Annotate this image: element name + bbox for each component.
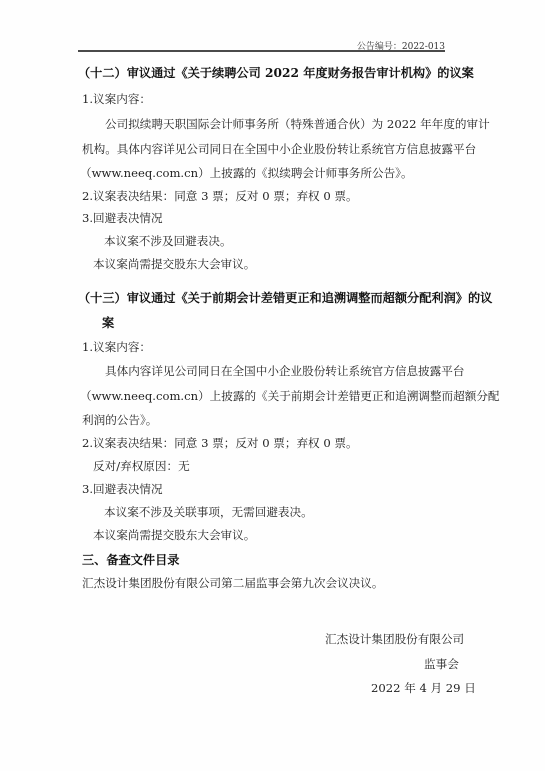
section-13-vote-result: 2.议案表决结果：同意 3 票；反对 0 票；弃权 0 票。 [82, 436, 358, 450]
section-12-vote-result: 2.议案表决结果：同意 3 票；反对 0 票；弃权 0 票。 [82, 189, 358, 203]
section-12-item1-label: 1.议案内容： [82, 92, 151, 106]
section-13-objection-reason: 反对/弃权原因：无 [93, 459, 190, 473]
section-12-recusal: 本议案不涉及回避表决。 [104, 234, 232, 248]
signature-company: 汇杰设计集团股份有限公司 [325, 632, 464, 646]
section-13-submit: 本议案尚需提交股东大会审议。 [93, 528, 255, 542]
document-page: 公告编号：2022-013 （十二）审议通过《关于续聘公司 2022 年度财务报… [0, 0, 545, 771]
section-12-content-line: 机构。具体内容详见公司同日在全国中小企业股份转让系统官方信息披露平台 [82, 142, 476, 156]
section-3-title: 三、备查文件目录 [82, 553, 180, 567]
section-13-content-line: （www.neeq.com.cn）上披露的《关于前期会计差错更正和追溯调整而超额… [80, 389, 500, 403]
section-13-content-line: 利润的公告》。 [82, 413, 157, 427]
section-12-item3-label: 3.回避表决情况 [82, 211, 163, 225]
section-13-title-cont: 案 [102, 316, 114, 330]
section-13-recusal: 本议案不涉及关联事项，无需回避表决。 [104, 505, 313, 519]
section-12-submit: 本议案尚需提交股东大会审议。 [93, 257, 255, 271]
section-12-content-line: （www.neeq.com.cn）上披露的《拟续聘会计师事务所公告》。 [80, 166, 413, 180]
section-12-content-line: 公司拟续聘天职国际会计师事务所（特殊普通合伙）为 2022 年年度的审计 [105, 117, 490, 131]
reference-document: 汇杰设计集团股份有限公司第二届监事会第九次会议决议。 [82, 576, 383, 590]
section-12-title: （十二）审议通过《关于续聘公司 2022 年度财务报告审计机构》的议案 [78, 66, 474, 80]
signature-date: 2022 年 4 月 29 日 [371, 681, 476, 695]
section-13-item3-label: 3.回避表决情况 [82, 482, 163, 496]
section-13-content-line: 具体内容详见公司同日在全国中小企业股份转让系统官方信息披露平台 [105, 364, 464, 378]
section-13-item1-label: 1.议案内容： [82, 340, 151, 354]
section-13-title: （十三）审议通过《关于前期会计差错更正和追溯调整而超额分配利润》的议 [78, 291, 492, 305]
header-divider [78, 50, 445, 52]
signature-body: 监事会 [424, 657, 459, 671]
